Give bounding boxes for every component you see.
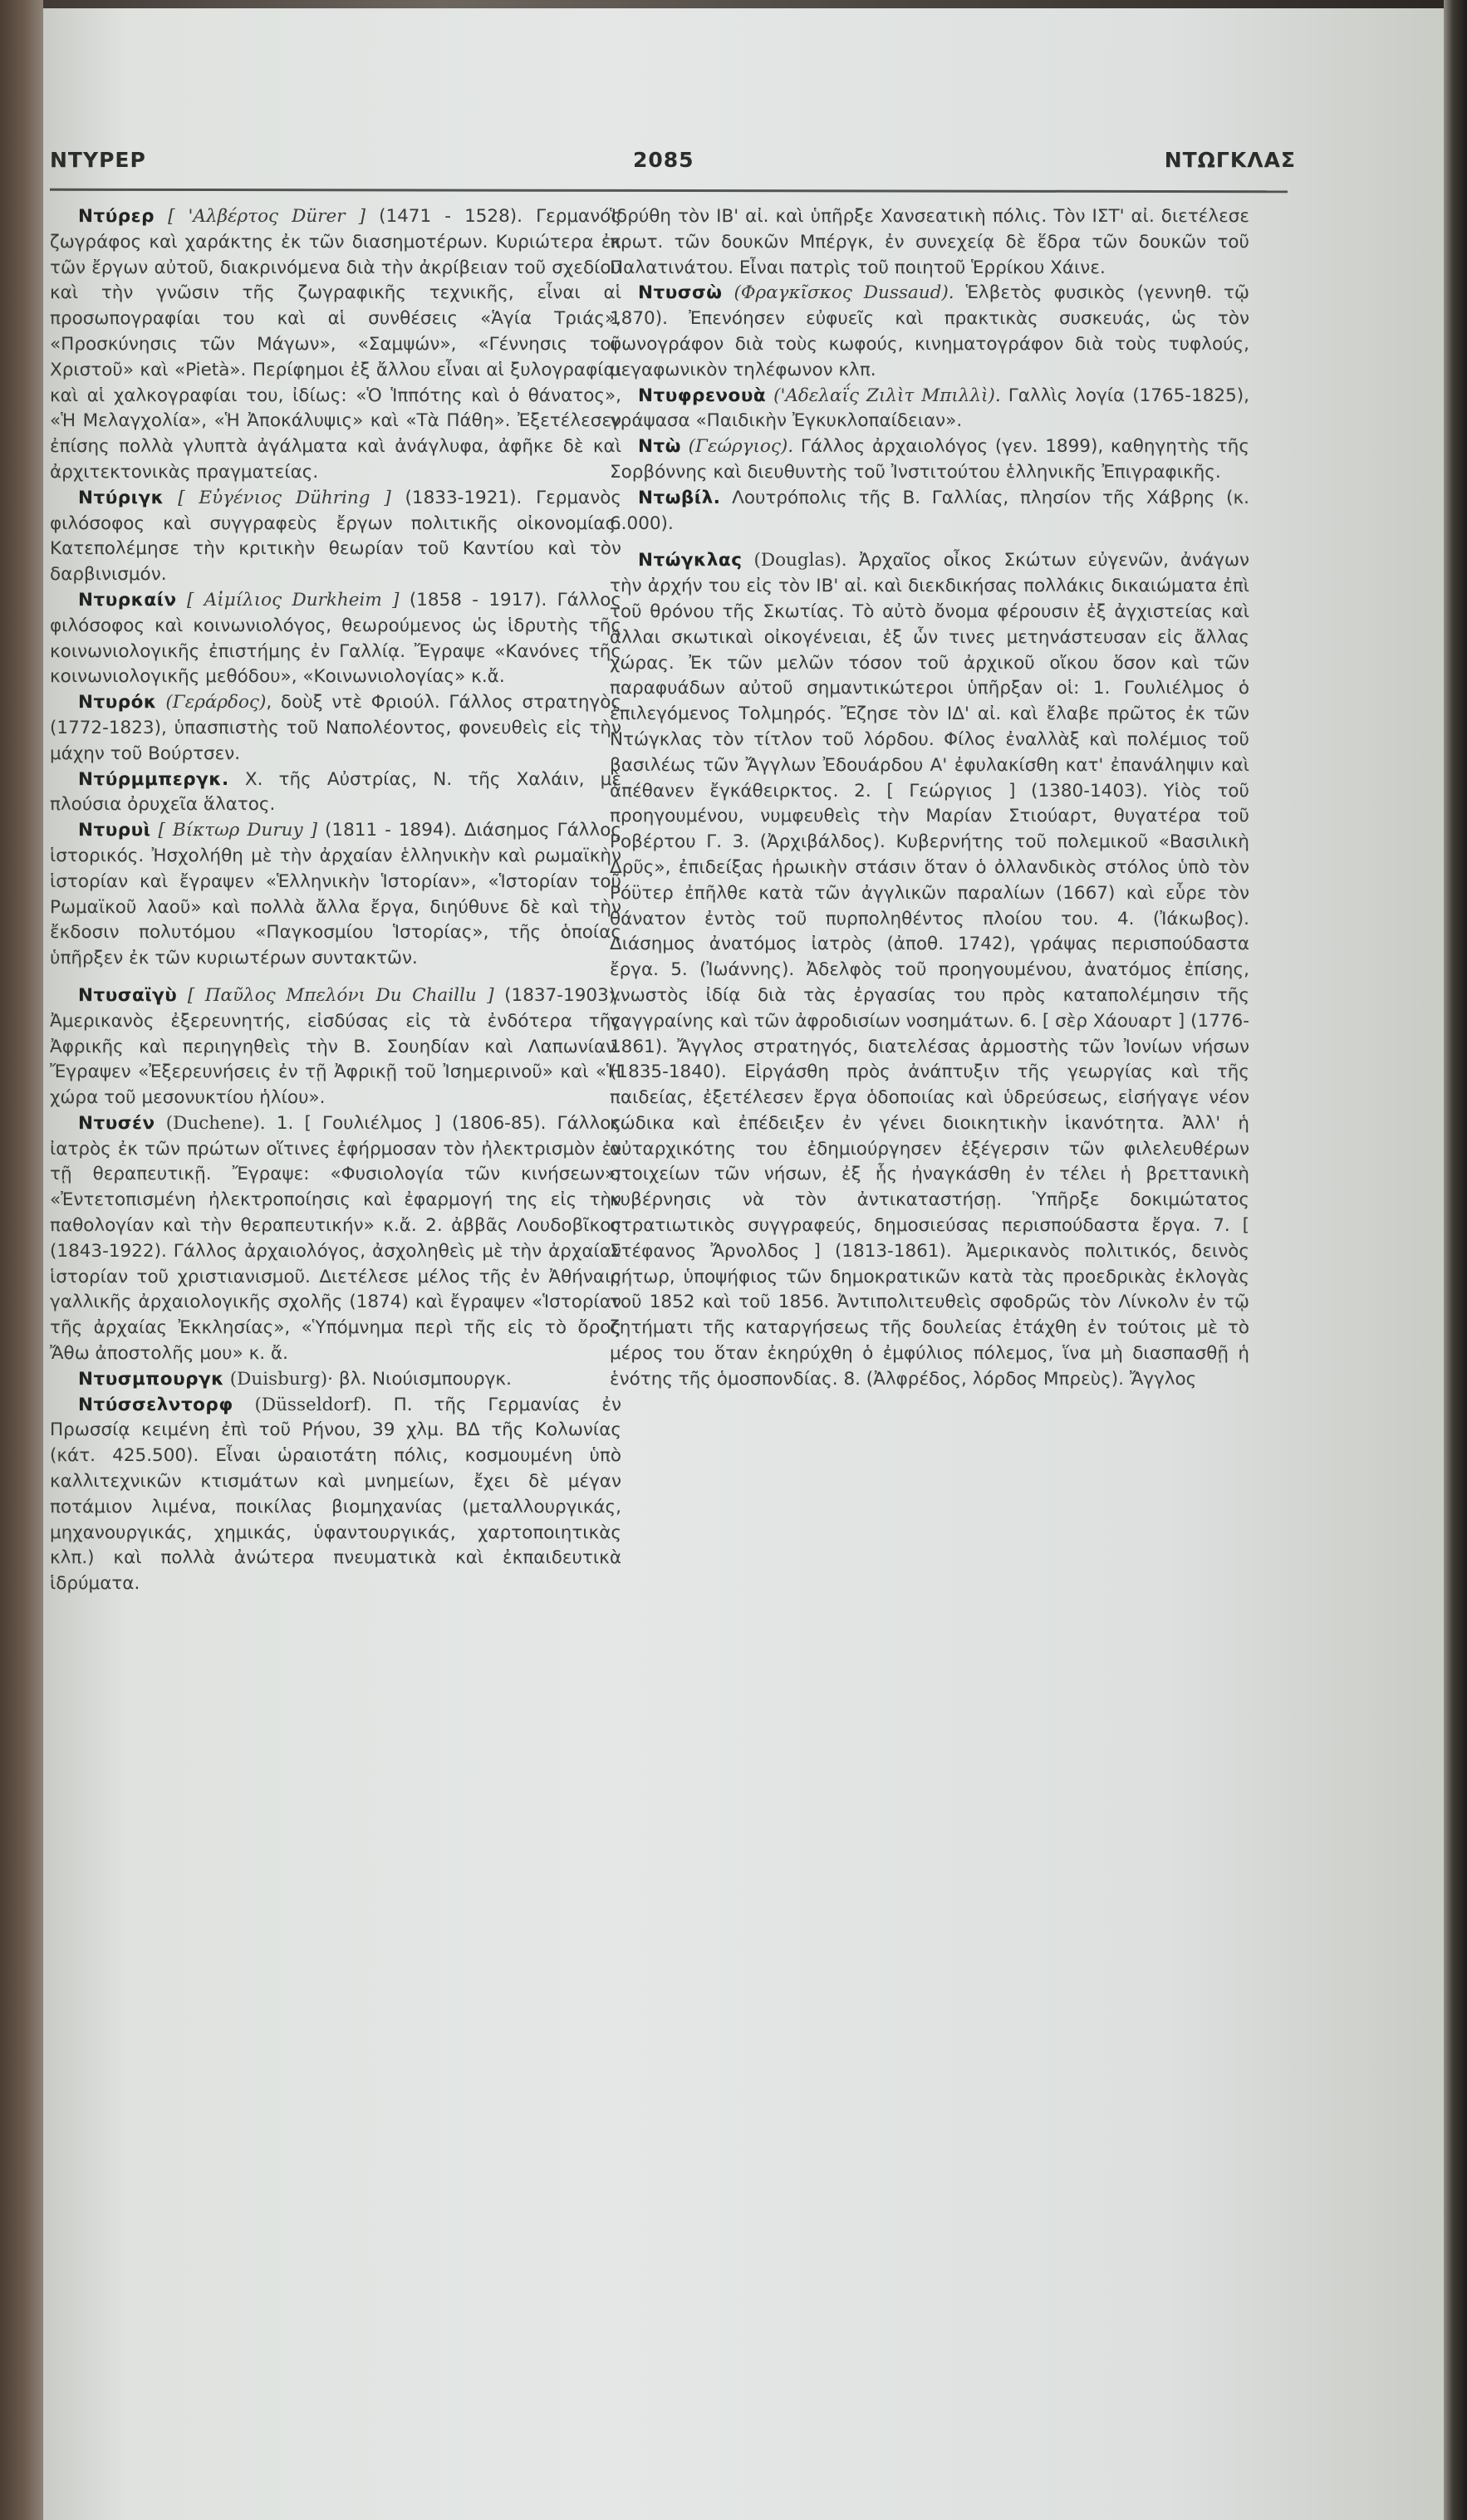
- entry-dusseldorf: Ντύσσελντορφ (Düsseldorf). Π. τῆς Γερμαν…: [50, 1393, 621, 1597]
- entry-dufrenoy: Ντυφρενουὰ ('Αδελαΐς Ζιλὶτ Μπιλλὶ). Γαλλ…: [610, 384, 1249, 435]
- headword: Ντύρμμπεργκ.: [78, 769, 229, 790]
- headword: Ντύριγκ: [78, 488, 164, 508]
- headword: Ντυρκαίν: [78, 590, 177, 610]
- headword: Ντυσσὼ: [638, 282, 722, 303]
- name-note: (Düsseldorf).: [254, 1395, 371, 1415]
- headword: Ντύρερ: [78, 206, 155, 227]
- entry-deauville: Ντωβίλ. Λουτρόπολις τῆς Β. Γαλλίας, πλησ…: [610, 486, 1249, 537]
- entry-durrnberg: Ντύρμμπεργκ. Χ. τῆς Αὐστρίας, Ν. τῆς Χαλ…: [50, 767, 621, 819]
- entry-duruy: Ντυρυὶ [ Βίκτωρ Duruy ] (1811 - 1894). Δ…: [50, 818, 621, 972]
- entry-duisburg: Ντυσμπουργκ (Duisburg)· βλ. Νιούισμπουργ…: [50, 1367, 621, 1393]
- running-head-last-word: ΝΤΩΓΚΛΑΣ: [1165, 148, 1296, 172]
- entry-text: 1. [ Γουλιέλμος ] (1806-85). Γάλλος ἰατρ…: [50, 1113, 621, 1364]
- headword: Ντύσσελντορφ: [78, 1395, 233, 1415]
- name-note: (Γεώργιος).: [689, 436, 794, 457]
- headword: Ντωβίλ.: [638, 488, 720, 508]
- entry-daux: Ντὼ (Γεώργιος). Γάλλος ἀρχαιολόγος (γεν.…: [610, 434, 1249, 486]
- name-note: [ Εὐγένιος Dühring ]: [178, 488, 391, 508]
- running-head-first-word: ΝΤΥΡΕΡ: [50, 148, 146, 172]
- right-column: Ἱδρύθη τὸν ΙΒ' αἰ. καὶ ὑπῆρξε Χανσεατικὴ…: [610, 204, 1249, 1393]
- headword: Ντυσμπουργκ: [78, 1369, 224, 1390]
- headword: Ντώγκλας: [638, 550, 742, 571]
- name-note: (Φραγκῖσκος Dussaud).: [733, 282, 954, 303]
- entry-du-chaillu: Ντυσαϊγὺ [ Παῦλος Μπελόνι Du Chaillu ] (…: [50, 983, 621, 1111]
- entry-duchene: Ντυσέν (Duchene). 1. [ Γουλιέλμος ] (180…: [50, 1111, 621, 1367]
- entry-douglas: Ντώγκλας (Douglas). Ἀρχαῖος οἶκος Σκώτων…: [610, 548, 1249, 1392]
- entry-text: βλ. Νιούισμπουργκ.: [339, 1369, 512, 1390]
- entry-dussaud: Ντυσσὼ (Φραγκῖσκος Dussaud). Ἑλβετὸς φυσ…: [610, 281, 1249, 383]
- entry-durkheim: Ντυρκαίν [ Αἰμίλιος Durkheim ] (1858 - 1…: [50, 588, 621, 690]
- entry-durer: Ντύρερ [ 'Αλβέρτος Dürer ] (1471 - 1528)…: [50, 204, 621, 486]
- name-note: (Douglas).: [753, 550, 846, 571]
- headword: Ντυρόκ: [78, 692, 157, 713]
- headword: Ντυσαϊγὺ: [78, 985, 177, 1006]
- name-note: [ Βίκτωρ Duruy ]: [159, 820, 318, 841]
- headword: Ντυφρενουὰ: [638, 385, 766, 406]
- book-spine-shadow: [0, 0, 43, 2520]
- entry-duhring: Ντύριγκ [ Εὐγένιος Dühring ] (1833-1921)…: [50, 486, 621, 588]
- left-column: Ντύρερ [ 'Αλβέρτος Dürer ] (1471 - 1528)…: [50, 204, 621, 1597]
- entry-text: Ἀρχαῖος οἶκος Σκώτων εὐγενῶν, ἀνάγων τὴν…: [610, 550, 1249, 1390]
- entry-duroc: Ντυρόκ (Γεράρδος), δοὺξ ντὲ Φριούλ. Γάλλ…: [50, 690, 621, 767]
- name-note: (Duisburg)·: [230, 1369, 333, 1390]
- entry-text: Π. τῆς Γερμανίας ἐν Πρωσσίᾳ κειμένη ἐπὶ …: [50, 1395, 621, 1595]
- entry-dusseldorf-continued: Ἱδρύθη τὸν ΙΒ' αἰ. καὶ ὑπῆρξε Χανσεατικὴ…: [610, 204, 1249, 281]
- entry-text: Ἱδρύθη τὸν ΙΒ' αἰ. καὶ ὑπῆρξε Χανσεατικὴ…: [610, 206, 1249, 278]
- name-note: [ Αἰμίλιος Durkheim ]: [187, 590, 399, 610]
- headword: Ντυρυὶ: [78, 820, 151, 841]
- entry-text: (1471 - 1528). Γερμανός ζωγράφος καὶ χαρ…: [50, 206, 621, 483]
- headword: Ντυσέν: [78, 1113, 155, 1134]
- page-number: 2085: [633, 148, 694, 172]
- page-right-edge: [1444, 0, 1467, 2520]
- entry-text: (1811 - 1894). Διάσημος Γάλλος ἱστορικός…: [50, 820, 621, 968]
- headword: Ντὼ: [638, 436, 681, 457]
- name-note: (Duchene).: [166, 1113, 266, 1134]
- running-head: ΝΤΥΡΕΡ 2085 ΝΤΩΓΚΛΑΣ: [50, 148, 1296, 181]
- name-note: [ 'Αλβέρτος Dürer ]: [168, 206, 366, 227]
- name-note: ('Αδελαΐς Ζιλὶτ Μπιλλὶ).: [773, 385, 1001, 406]
- name-note: [ Παῦλος Μπελόνι Du Chaillu ]: [188, 985, 494, 1006]
- name-note: (Γεράρδος): [165, 692, 266, 713]
